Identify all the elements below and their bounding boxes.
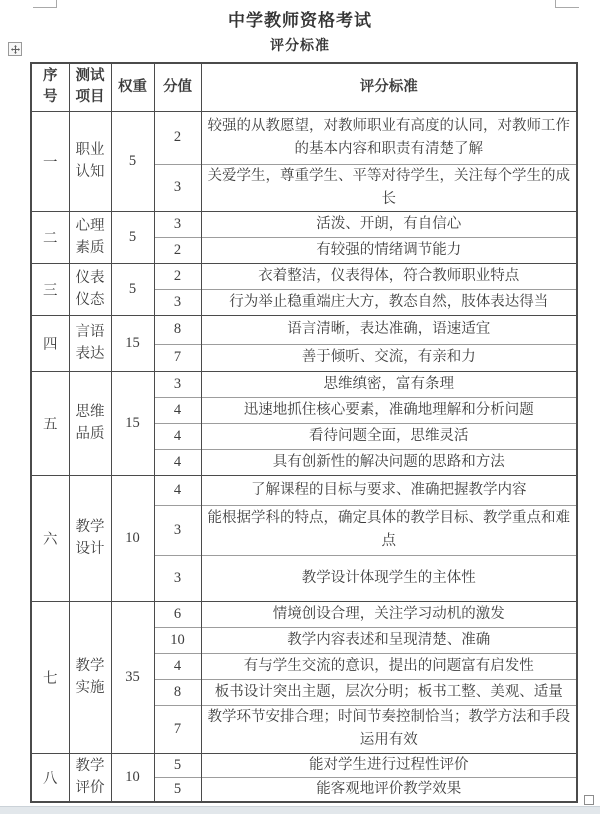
criteria-cell: 衣着整洁，仪表得体，符合教师职业特点: [201, 263, 577, 289]
criteria-cell: 教学环节安排合理；时间节奏控制恰当；教学方法和手段运用有效: [201, 705, 577, 753]
test-item-cell: 心理素质: [69, 211, 111, 263]
test-item-cell: 思维品质: [69, 371, 111, 475]
weight-cell: 15: [111, 371, 154, 475]
criteria-cell: 思维缜密，富有条理: [201, 371, 577, 397]
criteria-cell: 行为举止稳重端庄大方，教态自然，肢体表达得当: [201, 289, 577, 315]
group-index-cell: 三: [31, 263, 69, 315]
criteria-cell: 迅速地抓住核心要素，准确地理解和分析问题: [201, 397, 577, 423]
test-item-cell: 教学评价: [69, 753, 111, 802]
score-cell: 5: [154, 753, 201, 777]
bottom-strip: [0, 806, 600, 814]
score-cell: 2: [154, 111, 201, 164]
criteria-cell: 教学设计体现学生的主体性: [201, 555, 577, 601]
score-cell: 3: [154, 164, 201, 211]
group-index-cell: 二: [31, 211, 69, 263]
score-cell: 8: [154, 315, 201, 344]
weight-cell: 5: [111, 211, 154, 263]
score-cell: 4: [154, 449, 201, 475]
criteria-cell: 能根据学科的特点，确定具体的教学目标、教学重点和难点: [201, 505, 577, 555]
score-cell: 3: [154, 555, 201, 601]
score-cell: 4: [154, 653, 201, 679]
criteria-cell: 教学内容表述和呈现清楚、准确: [201, 627, 577, 653]
col-header-score: 分值: [154, 63, 201, 111]
score-cell: 4: [154, 397, 201, 423]
criteria-cell: 能对学生进行过程性评价: [201, 753, 577, 777]
move-cross-icon: [11, 45, 20, 54]
doc-title: 中学教师资格考试: [0, 6, 600, 31]
doc-subtitle: 评分标准: [0, 35, 600, 55]
criteria-cell: 活泼、开朗，有自信心: [201, 211, 577, 237]
col-header-weight: 权重: [111, 63, 154, 111]
scoring-table: 序号 测试项目 权重 分值 评分标准 一 职业认知 5 2 较强的从教愿望，对教…: [30, 62, 578, 803]
score-cell: 6: [154, 601, 201, 627]
score-cell: 10: [154, 627, 201, 653]
group-index-cell: 八: [31, 753, 69, 802]
col-header-item: 测试项目: [69, 63, 111, 111]
criteria-cell: 语言清晰，表达准确，语速适宜: [201, 315, 577, 344]
criteria-cell: 较强的从教愿望，对教师职业有高度的认同，对教师工作的基本内容和职责有清楚了解: [201, 111, 577, 164]
test-item-cell: 言语表达: [69, 315, 111, 371]
weight-cell: 15: [111, 315, 154, 371]
table-resize-handle[interactable]: [584, 795, 594, 805]
score-cell: 8: [154, 679, 201, 705]
test-item-cell: 职业认知: [69, 111, 111, 211]
weight-cell: 35: [111, 601, 154, 753]
criteria-cell: 了解课程的目标与要求、准确把握教学内容: [201, 475, 577, 505]
score-cell: 4: [154, 475, 201, 505]
score-cell: 2: [154, 263, 201, 289]
score-cell: 3: [154, 371, 201, 397]
test-item-cell: 教学设计: [69, 475, 111, 601]
weight-cell: 10: [111, 475, 154, 601]
score-cell: 3: [154, 211, 201, 237]
criteria-cell: 有与学生交流的意识，提出的问题富有启发性: [201, 653, 577, 679]
criteria-cell: 情境创设合理，关注学习动机的激发: [201, 601, 577, 627]
criteria-cell: 能客观地评价教学效果: [201, 777, 577, 802]
score-cell: 5: [154, 777, 201, 802]
group-index-cell: 四: [31, 315, 69, 371]
group-index-cell: 一: [31, 111, 69, 211]
weight-cell: 5: [111, 263, 154, 315]
score-cell: 7: [154, 344, 201, 371]
group-index-cell: 五: [31, 371, 69, 475]
criteria-cell: 有较强的情绪调节能力: [201, 237, 577, 263]
weight-cell: 5: [111, 111, 154, 211]
col-header-criteria: 评分标准: [201, 63, 577, 111]
criteria-cell: 板书设计突出主题，层次分明；板书工整、美观、适量: [201, 679, 577, 705]
group-index-cell: 七: [31, 601, 69, 753]
score-cell: 4: [154, 423, 201, 449]
score-cell: 7: [154, 705, 201, 753]
criteria-cell: 关爱学生，尊重学生、平等对待学生，关注每个学生的成长: [201, 164, 577, 211]
criteria-cell: 具有创新性的解决问题的思路和方法: [201, 449, 577, 475]
criteria-cell: 看待问题全面，思维灵活: [201, 423, 577, 449]
test-item-cell: 教学实施: [69, 601, 111, 753]
col-header-index: 序号: [31, 63, 69, 111]
criteria-cell: 善于倾听、交流，有亲和力: [201, 344, 577, 371]
weight-cell: 10: [111, 753, 154, 802]
score-cell: 3: [154, 505, 201, 555]
score-cell: 3: [154, 289, 201, 315]
test-item-cell: 仪表仪态: [69, 263, 111, 315]
table-move-handle[interactable]: [8, 42, 22, 56]
score-cell: 2: [154, 237, 201, 263]
group-index-cell: 六: [31, 475, 69, 601]
